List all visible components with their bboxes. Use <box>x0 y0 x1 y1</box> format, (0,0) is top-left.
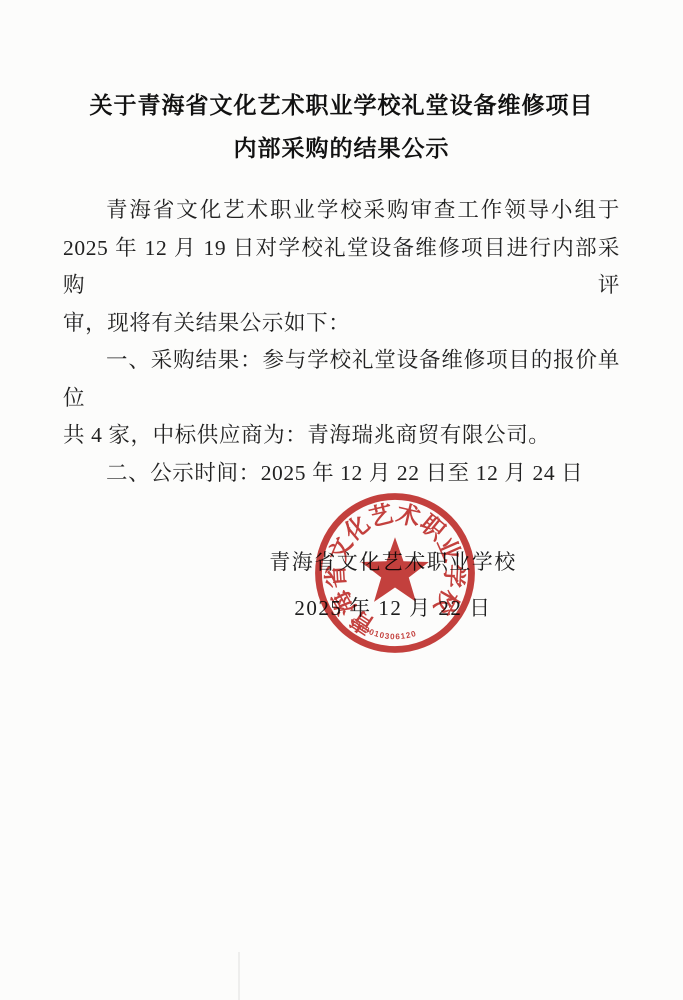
paragraph-1-line-1: 青海省文化艺术职业学校采购审查工作领导小组于 <box>63 192 620 230</box>
paragraph-3: 二、公示时间：2025 年 12 月 22 日至 12 月 24 日 <box>63 455 620 493</box>
document-title: 关于青海省文化艺术职业学校礼堂设备维修项目 内部采购的结果公示 <box>0 84 683 170</box>
document-body: 青海省文化艺术职业学校采购审查工作领导小组于 2025 年 12 月 19 日对… <box>63 192 620 492</box>
paragraph-1-line-3: 审，现将有关结果公示如下： <box>63 305 620 343</box>
paragraph-2: 一、采购结果：参与学校礼堂设备维修项目的报价单位 共 4 家，中标供应商为：青海… <box>63 342 620 455</box>
paragraph-1-line-2: 2025 年 12 月 19 日对学校礼堂设备维修项目进行内部采购评 <box>63 230 620 305</box>
paragraph-3-line-1: 二、公示时间：2025 年 12 月 22 日至 12 月 24 日 <box>63 455 620 493</box>
paragraph-2-line-1: 一、采购结果：参与学校礼堂设备维修项目的报价单位 <box>63 342 620 417</box>
paragraph-1: 青海省文化艺术职业学校采购审查工作领导小组于 2025 年 12 月 19 日对… <box>63 192 620 342</box>
title-line-1: 关于青海省文化艺术职业学校礼堂设备维修项目 <box>0 84 683 127</box>
signature-date: 2025 年 12 月 22 日 <box>232 592 554 622</box>
signature-block: 青海省文化艺术职业学校 2025 年 12 月 22 日 <box>232 546 554 622</box>
paragraph-2-line-2: 共 4 家，中标供应商为：青海瑞兆商贸有限公司。 <box>63 417 620 455</box>
document-page: 关于青海省文化艺术职业学校礼堂设备维修项目 内部采购的结果公示 青海省文化艺术职… <box>0 0 683 1000</box>
signature-organization: 青海省文化艺术职业学校 <box>232 546 554 576</box>
scan-crease-artifact <box>238 952 240 1000</box>
title-line-2: 内部采购的结果公示 <box>0 127 683 170</box>
